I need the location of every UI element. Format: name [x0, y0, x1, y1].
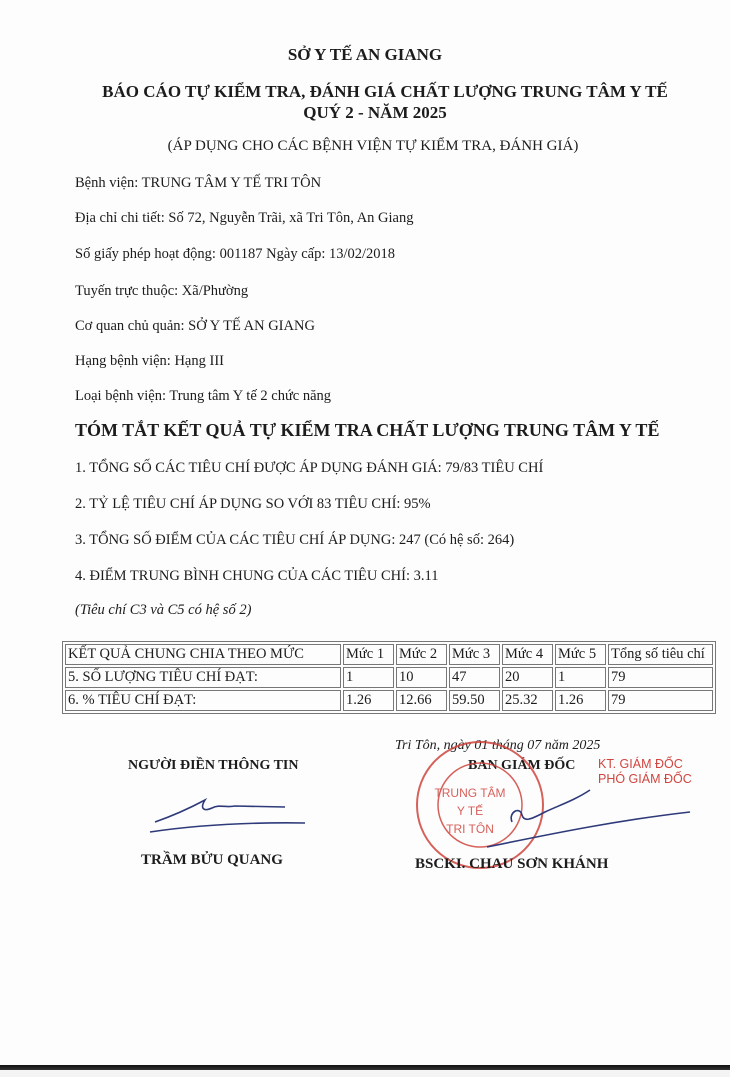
director-name: BSCKI. CHAU SƠN KHÁNH	[415, 856, 608, 873]
preparer-signature	[150, 800, 305, 832]
official-stamp: TRUNG TÂM Y TẾ TRI TÔN	[417, 742, 543, 868]
signature-overlay: TRUNG TÂM Y TẾ TRI TÔN	[0, 0, 730, 1077]
svg-text:TRI TÔN: TRI TÔN	[446, 821, 494, 836]
preparer-name: TRẦM BỬU QUANG	[141, 852, 283, 869]
svg-text:Y TẾ: Y TẾ	[457, 803, 483, 818]
director-signature	[487, 790, 690, 847]
svg-text:TRUNG TÂM: TRUNG TÂM	[434, 785, 505, 800]
